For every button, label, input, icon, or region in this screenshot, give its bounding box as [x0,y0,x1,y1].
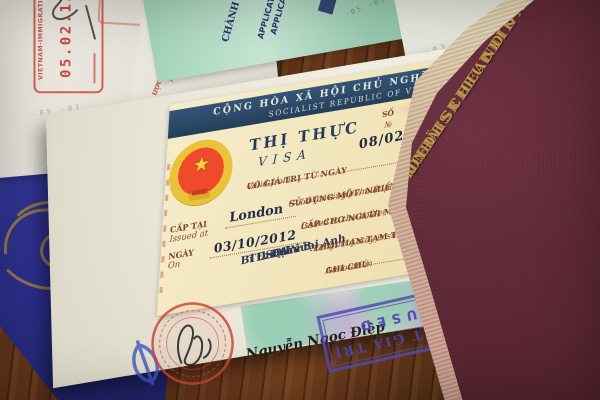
field-label-en: Valid from [247,175,291,193]
card-digits: -05 -01 [344,0,387,19]
issued-on-label-vi: NGÀY [168,247,194,261]
embassy-round-stamp [142,293,243,394]
issued-at-value: London [225,199,298,228]
issued-on-label-en: On [168,259,181,271]
stamp-dash [93,53,95,83]
card-text-1: CHÀNH [220,0,242,43]
emblem-star-icon: ★ [169,148,234,181]
photo-frame: VIETNAM-IMMIGRATION 05.02.13 ✈ 3 -05 -01… [0,0,600,400]
national-emblem: ★ [167,135,234,211]
visa-number-label-en: № [384,120,392,130]
visa-number-label-vi: SỐ [382,108,394,119]
